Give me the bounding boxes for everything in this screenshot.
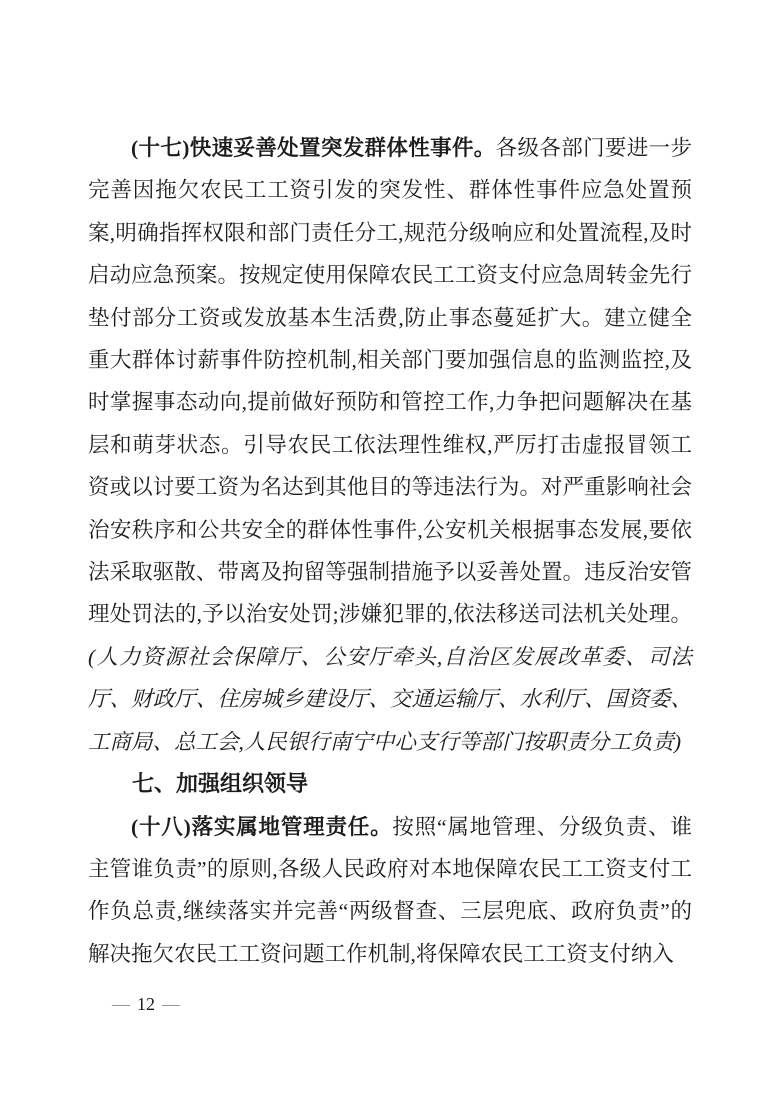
paragraph-18: (十八)落实属地管理责任。按照“属地管理、分级负责、谁主管谁负责”的原则,各级人…: [88, 806, 692, 976]
section-heading: 七、加强组织领导: [88, 763, 692, 805]
paragraph-17: (十七)快速妥善处置突发群体性事件。各级各部门要进一步完善因拖欠农民工工资引发的…: [88, 127, 692, 763]
paragraph-17-body: 各级各部门要进一步完善因拖欠农民工工资引发的突发性、群体性事件应急处置预案,明确…: [88, 136, 692, 626]
page-footer: —12—: [112, 992, 180, 1016]
footer-dash-right: —: [162, 994, 180, 1014]
footer-dash-left: —: [112, 994, 130, 1014]
document-body: (十七)快速妥善处置突发群体性事件。各级各部门要进一步完善因拖欠农民工工资引发的…: [88, 127, 692, 975]
document-page: (十七)快速妥善处置突发群体性事件。各级各部门要进一步完善因拖欠农民工工资引发的…: [0, 0, 780, 1103]
paragraph-17-lead: (十七)快速妥善处置突发群体性事件。: [131, 136, 496, 160]
paragraph-18-lead: (十八)落实属地管理责任。: [131, 815, 392, 839]
paragraph-17-attribution: (人力资源社会保障厅、公安厅牵头,自治区发展改革委、司法厅、财政厅、住房城乡建设…: [88, 645, 692, 754]
footer-page-number: 12: [130, 994, 162, 1014]
